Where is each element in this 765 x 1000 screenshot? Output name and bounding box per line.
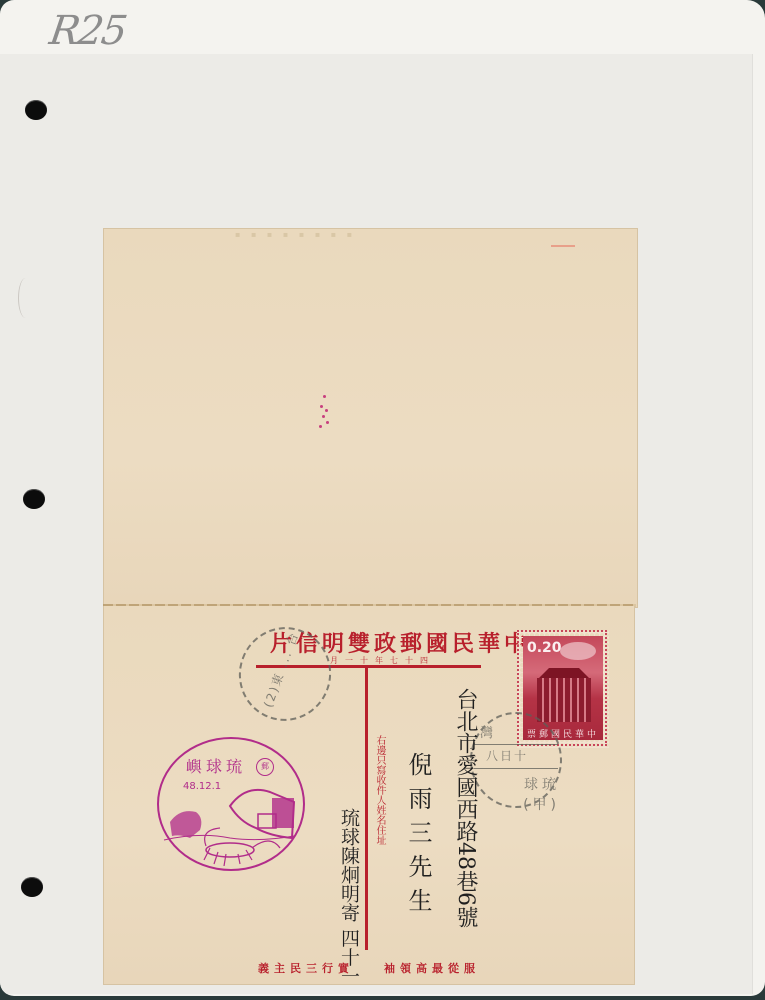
sleeve-crease — [18, 278, 33, 318]
ink-spot — [318, 395, 330, 429]
faint-show-through-text: ▪ ▪ ▪ ▪ ▪ ▪ ▪ ▪ — [235, 230, 356, 239]
cachet-title: 琉球嶼 — [186, 754, 246, 777]
recipient-name: 倪雨三先生 — [405, 752, 431, 922]
reply-card-back — [103, 228, 638, 608]
postmark-date: 八日十 — [486, 747, 528, 764]
punch-hole — [23, 489, 45, 509]
stamp-cloud — [560, 642, 596, 660]
pavilion-icon — [533, 662, 595, 722]
recipient-address: 台北市愛國西路48巷6號 — [452, 688, 478, 928]
stamp-value: 0.20 — [527, 640, 562, 656]
receiving-postmark: 灣 八日十 琉球(甲) — [470, 712, 562, 808]
pencil-note: R25 — [47, 8, 128, 54]
postmark-place: 琉球(甲) — [492, 774, 560, 814]
sender-address: 琉球陳炯明寄 四十一 — [338, 808, 360, 985]
postmark-top: 灣 — [480, 722, 493, 741]
cachet-badge: 郵 — [256, 758, 274, 776]
address-instruction: 右邊只寫收件人姓名住址 — [374, 735, 386, 845]
punch-hole — [25, 100, 47, 120]
postmark-rule — [474, 768, 558, 769]
address-rule-vertical — [365, 665, 368, 950]
album-page: R25 ▪ ▪ ▪ ▪ ▪ ▪ ▪ ▪ 中華民國郵政雙明信片 四十七年十一月 右… — [0, 0, 765, 996]
lobster-island-illustration — [160, 778, 298, 866]
postmark-text: (2)東 ... 台 — [259, 629, 302, 710]
red-mark — [551, 245, 575, 247]
slogan-right: 服從最高領袖 — [384, 960, 480, 976]
punch-hole — [21, 877, 43, 897]
postmark-rule — [474, 744, 558, 745]
